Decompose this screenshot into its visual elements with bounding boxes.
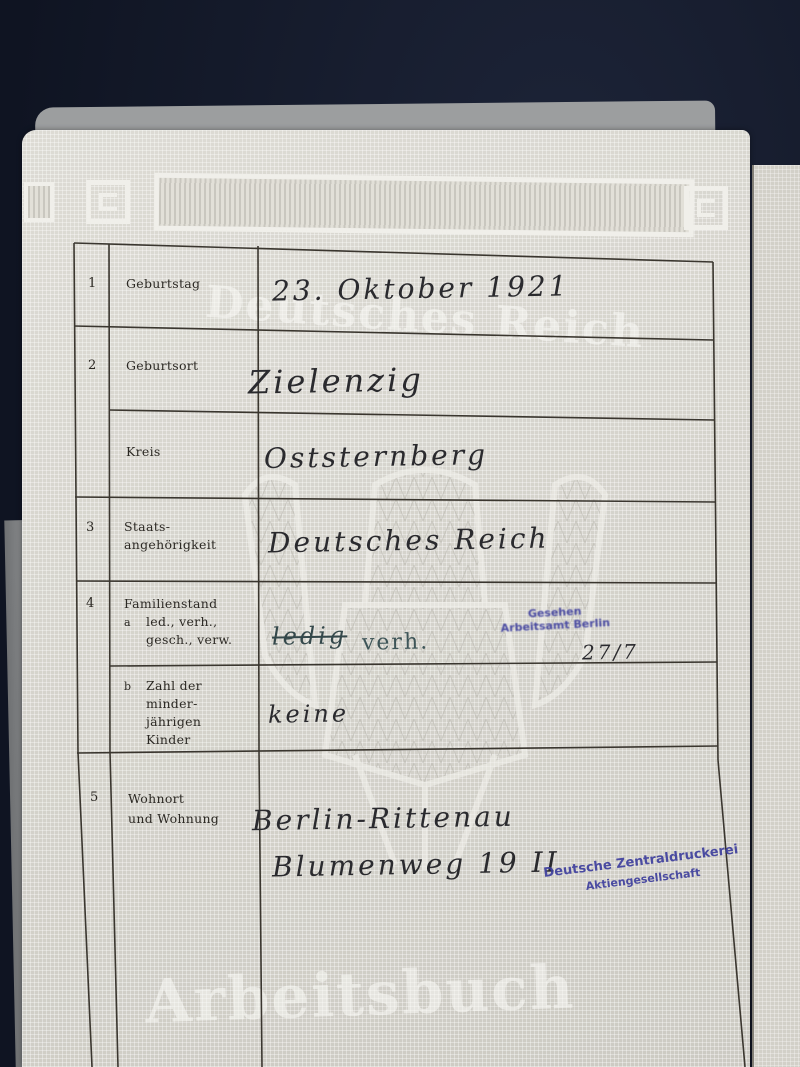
entry-geburtsort: Zielenzig — [248, 360, 424, 401]
label-zahl-der: Zahl der — [146, 677, 202, 695]
label-und-wohnung: und Wohnung — [128, 810, 219, 828]
label-gesch-verw: gesch., verw. — [146, 631, 232, 649]
border-key-ornament-right-icon — [684, 186, 728, 230]
label-familienstand: Familienstand — [124, 595, 217, 613]
sub-letter-a: a — [124, 614, 131, 632]
border-panel — [154, 173, 695, 238]
label-kreis: Kreis — [126, 443, 161, 461]
sub-letter-b: b — [124, 678, 131, 696]
label-angehoerigkeit: angehörigkeit — [124, 536, 216, 554]
entry-geburtstag: 23. Oktober 1921 — [272, 269, 570, 307]
label-geburtsort: Geburtsort — [126, 357, 198, 375]
label-staats: Staats- — [124, 518, 170, 536]
label-kinder: Kinder — [146, 731, 191, 749]
row-number-3: 3 — [86, 520, 94, 535]
row-number-4: 4 — [86, 596, 94, 611]
border-key-ornament-left-icon — [86, 180, 130, 224]
row-number-5: 5 — [90, 790, 98, 805]
entry-wohnung: Blumenweg 19 II — [272, 845, 560, 883]
entry-kreis: Oststernberg — [264, 438, 489, 475]
label-geburtstag: Geburtstag — [126, 275, 200, 293]
facing-page-edge — [752, 165, 800, 1067]
label-jaehrigen: jährigen — [146, 713, 201, 731]
entry-wohnort: Berlin-Rittenau — [252, 800, 515, 838]
label-wohnort: Wohnort — [128, 790, 184, 808]
label-led-verh: led., verh., — [146, 613, 217, 631]
label-minder: minder- — [146, 695, 198, 713]
entry-staatsangehoerigkeit: Deutsches Reich — [268, 522, 550, 560]
row-number-1: 1 — [88, 276, 96, 291]
row-number-2: 2 — [88, 358, 96, 373]
decorative-border-band — [24, 172, 724, 234]
entry-familienstand: verh. — [362, 629, 430, 655]
border-end-cap — [24, 182, 54, 222]
entry-familienstand-struck: ledig — [272, 621, 348, 650]
entry-kinder: keine — [268, 699, 350, 728]
stamp-initials: 27/7 — [582, 640, 639, 665]
